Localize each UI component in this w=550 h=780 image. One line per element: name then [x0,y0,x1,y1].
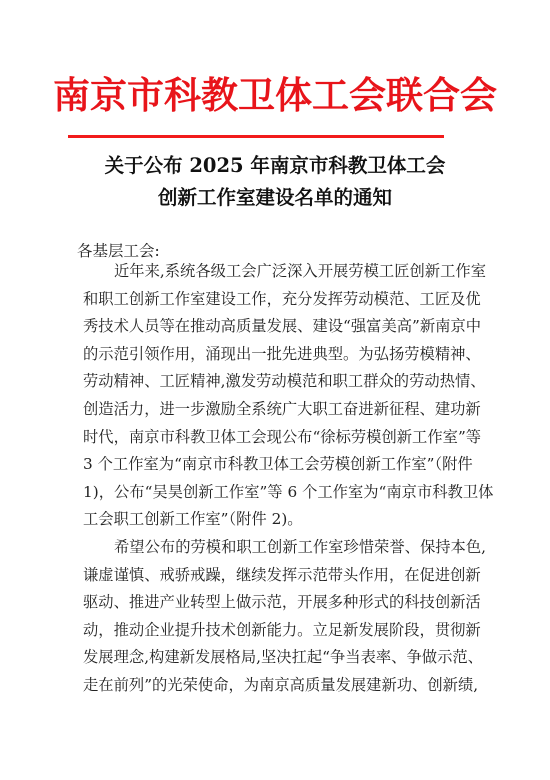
paragraph-line: 1)，公布“吴昊创新工作室”等 6 个工作室为“南京市科教卫体 [83,479,468,507]
paragraph-line: 3 个工作室为“南京市科教卫体工会劳模创新工作室”（附件 [83,451,468,479]
paragraph-line: 希望公布的劳模和职工创新工作室珍惜荣誉、保持本色, [83,534,468,562]
paragraph-2: 希望公布的劳模和职工创新工作室珍惜荣誉、保持本色, 谦虚谨慎、戒骄戒躁，继续发挥… [83,534,468,700]
paragraph-line: 秀技术人员等在推动高质量发展、建设“强富美高”新南京中 [83,313,468,341]
paragraph-line: 近年来,系统各级工会广泛深入开展劳模工匠创新工作室 [83,258,468,286]
organization-header: 南京市科教卫体工会联合会 [0,73,550,117]
paragraph-line: 创造活力，进一步激励全系统广大职工奋进新征程、建功新 [83,396,468,424]
paragraph-1: 近年来,系统各级工会广泛深入开展劳模工匠创新工作室 和职工创新工作室建设工作，充… [83,258,468,534]
document-title-line-1: 关于公布 2025 年南京市科教卫体工会 [0,150,550,182]
paragraph-line: 走在前列”的光荣使命，为南京高质量发展建新功、创新绩, [83,672,468,700]
paragraph-line: 谦虚谨慎、戒骄戒躁，继续发挥示范带头作用，在促进创新 [83,562,468,590]
paragraph-line: 和职工创新工作室建设工作，充分发挥劳动模范、工匠及优 [83,286,468,314]
document-title-line-2: 创新工作室建设名单的通知 [0,182,550,214]
red-divider [68,135,444,138]
paragraph-line: 驱动、推进产业转型上做示范，开展多种形式的科技创新活 [83,589,468,617]
paragraph-line: 工会职工创新工作室”（附件 2)。 [83,506,468,534]
paragraph-line: 劳动精神、工匠精神,激发劳动模范和职工群众的劳动热情、 [83,368,468,396]
paragraph-line: 的示范引领作用，涌现出一批先进典型。为弘扬劳模精神、 [83,341,468,369]
paragraph-line: 时代，南京市科教卫体工会现公布“徐标劳模创新工作室”等 [83,424,468,452]
paragraph-line: 发展理念,构建新发展格局,坚决扛起“争当表率、争做示范、 [83,644,468,672]
paragraph-line: 动，推动企业提升技术创新能力。立足新发展阶段，贯彻新 [83,617,468,645]
document-title: 关于公布 2025 年南京市科教卫体工会 创新工作室建设名单的通知 [0,150,550,214]
